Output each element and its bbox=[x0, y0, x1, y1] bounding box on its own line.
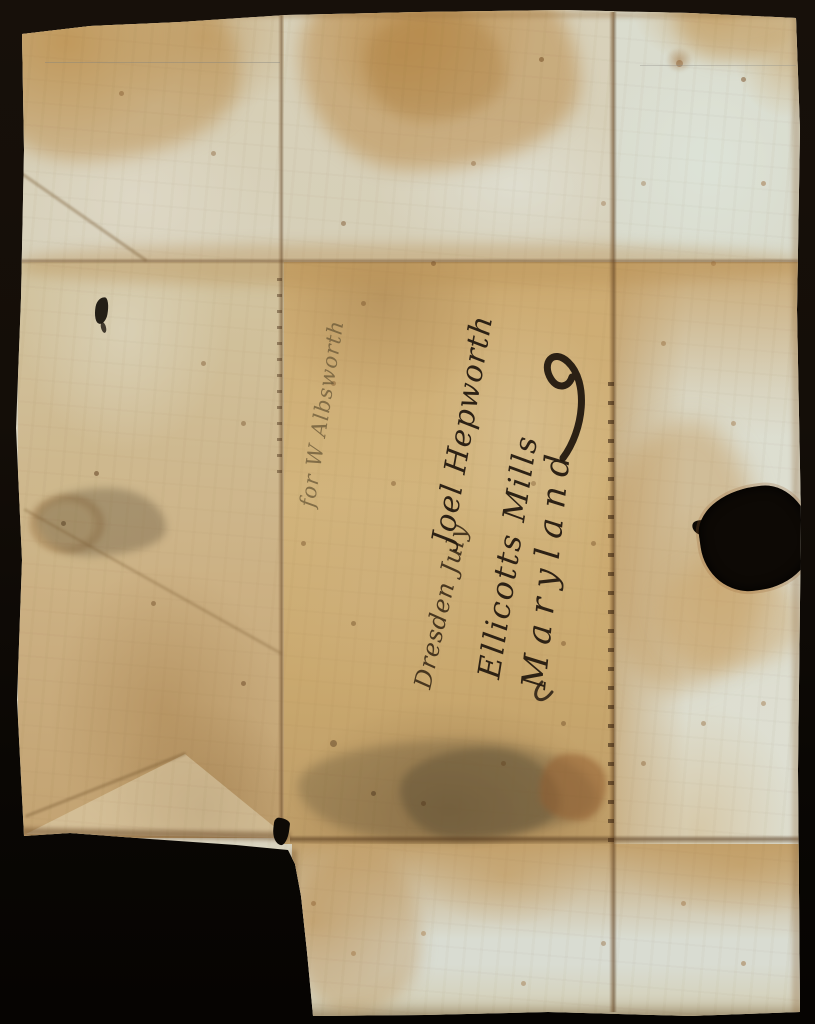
postmark-note-text: Dresden July bbox=[408, 521, 473, 692]
scan-background: for W Albsworth Dresden July Joel Hepwor… bbox=[0, 0, 815, 1024]
pencil-note-text: for W Albsworth bbox=[295, 318, 349, 511]
addressee-name-text: Joel Hepworth bbox=[424, 312, 500, 553]
handwriting-layer: for W Albsworth Dresden July Joel Hepwor… bbox=[0, 0, 815, 1024]
ink-flourish bbox=[547, 356, 581, 458]
